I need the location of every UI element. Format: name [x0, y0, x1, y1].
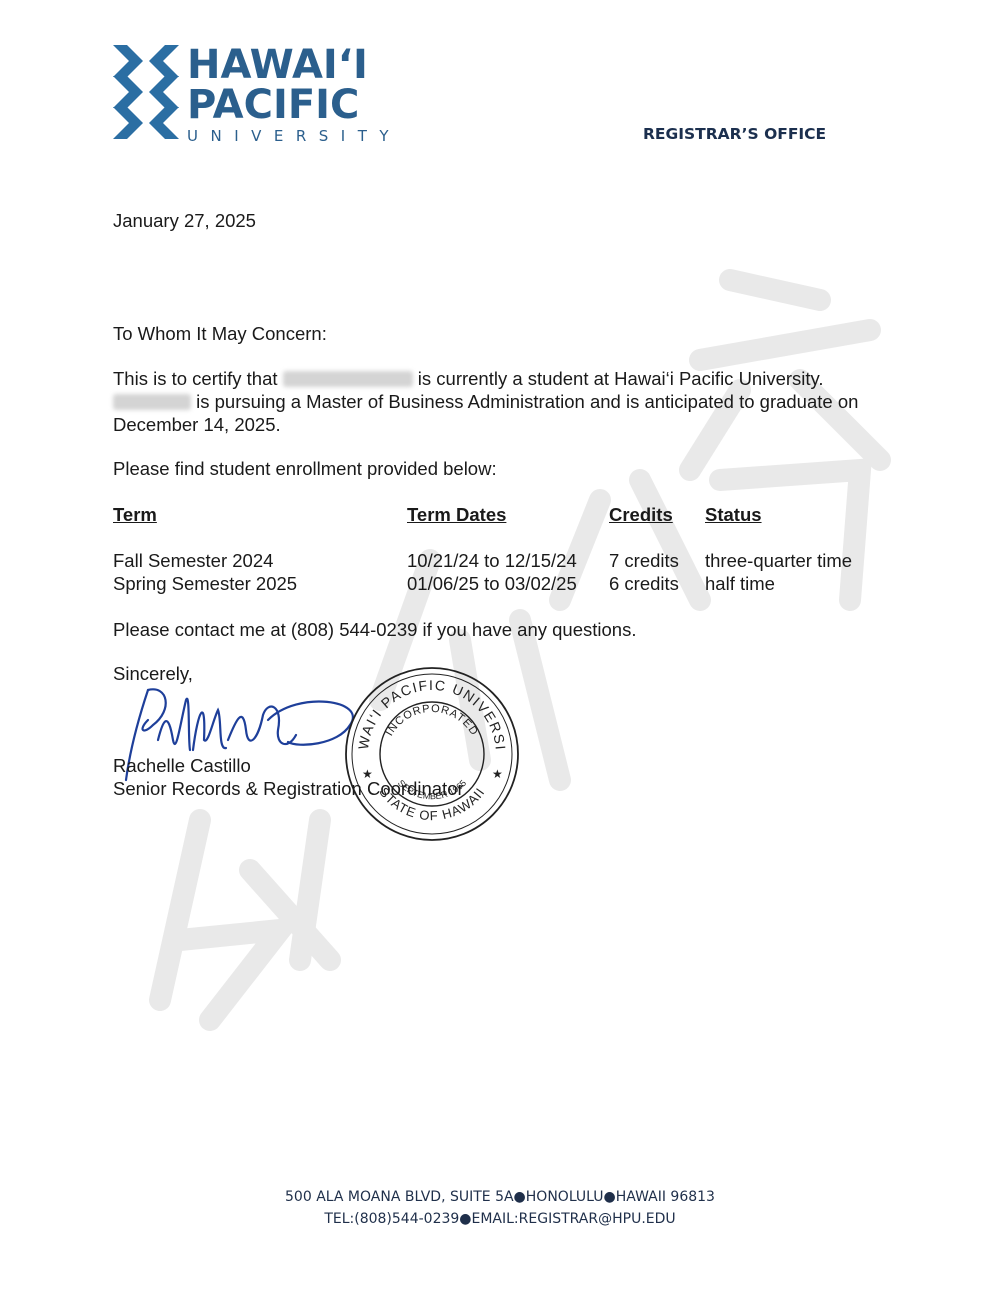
- salutation: To Whom It May Concern:: [113, 322, 327, 345]
- header-credits: Credits: [609, 503, 673, 526]
- hpu-chevron-logo-icon: [113, 45, 179, 140]
- para-text-3: is pursuing a Master of Business Adminis…: [113, 391, 858, 435]
- cell-credits: 6 credits: [609, 572, 679, 595]
- cell-credits: 7 credits: [609, 549, 679, 572]
- certification-paragraph: This is to certify that is currently a s…: [113, 367, 903, 436]
- para-text-1: This is to certify that: [113, 368, 283, 389]
- footer-address: 500 ALA MOANA BLVD, SUITE 5A●HONOLULU●HA…: [0, 1189, 1000, 1205]
- seal-star-right: ★: [492, 767, 503, 781]
- cell-dates: 10/21/24 to 12/15/24: [407, 549, 577, 572]
- signer-name: Rachelle Castillo: [113, 754, 251, 777]
- cell-dates: 01/06/25 to 03/02/25: [407, 572, 577, 595]
- para-text-2: is currently a student at Hawai‘i Pacifi…: [413, 368, 824, 389]
- logo-line-hawaii: HAWAI‘I: [187, 45, 401, 85]
- header-term: Term: [113, 503, 157, 526]
- contact-line: Please contact me at (808) 544-0239 if y…: [113, 618, 636, 641]
- university-seal: HAWAI‘I PACIFIC UNIVERSITY INCORPORATED …: [340, 662, 525, 847]
- cell-status: three-quarter time: [705, 549, 852, 572]
- signer-title: Senior Records & Registration Coordinato…: [113, 777, 464, 800]
- redacted-student-name: [283, 371, 413, 387]
- office-heading: REGISTRAR’S OFFICE: [643, 125, 826, 143]
- university-logo: HAWAI‘I PACIFIC UNIVERSITY: [113, 45, 401, 145]
- letter-date: January 27, 2025: [113, 209, 256, 232]
- footer-contact: TEL:(808)544-0239●EMAIL:REGISTRAR@HPU.ED…: [0, 1211, 1000, 1227]
- enrollment-intro: Please find student enrollment provided …: [113, 457, 497, 480]
- logo-line-university: UNIVERSITY: [187, 127, 401, 145]
- cell-term: Spring Semester 2025: [113, 572, 297, 595]
- logo-line-pacific: PACIFIC: [187, 85, 401, 125]
- svg-text:INCORPORATED: INCORPORATED: [383, 703, 480, 738]
- redacted-student-first-name: [113, 394, 191, 410]
- cell-term: Fall Semester 2024: [113, 549, 273, 572]
- header-term-dates: Term Dates: [407, 503, 506, 526]
- seal-inner-top: INCORPORATED: [383, 703, 480, 738]
- cell-status: half time: [705, 572, 775, 595]
- watermark: [0, 0, 1000, 1295]
- logo-wordmark: HAWAI‘I PACIFIC UNIVERSITY: [187, 45, 401, 145]
- header-status: Status: [705, 503, 762, 526]
